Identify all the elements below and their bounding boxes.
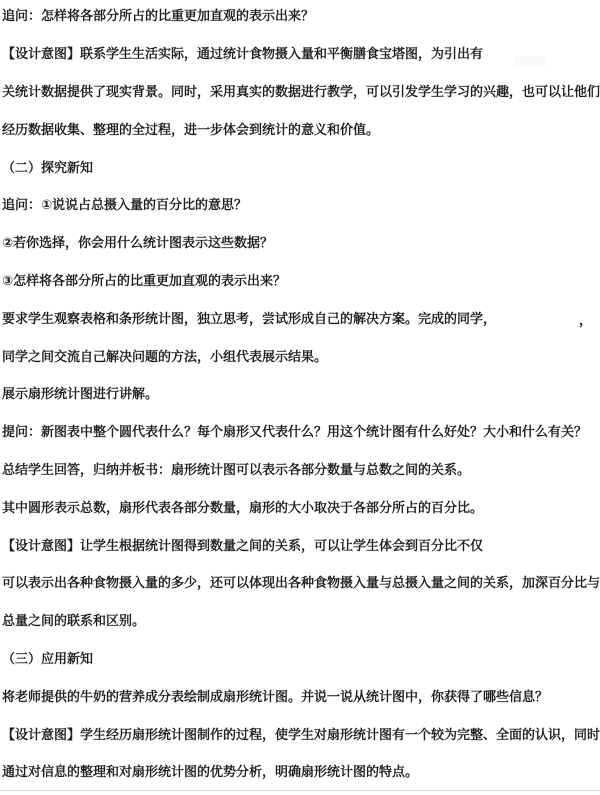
text-line: 要求学生观察表格和条形统计图，独立思考，尝试形成自己的解决方案。完成的同学，， — [0, 300, 600, 338]
text-line: 将老师提供的牛奶的营养成分表绘制成扇形统计图。并说一说从统计图中，你获得了哪些信… — [0, 678, 600, 716]
text-line: 展示扇形统计图进行讲解。 — [0, 376, 600, 414]
fill-in-blank-trailing-comma: ， — [579, 310, 592, 329]
text-line: 总量之间的联系和区别。 — [0, 603, 600, 641]
page-bottom-rule — [0, 790, 600, 791]
text-line-content: 【设计意图】让学生根据统计图得到数量之间的关系，可以让学生体会到百分比不仅 — [0, 540, 483, 553]
text-line-content: 经历数据收集、整理的全过程，进一步体会到统计的意义和价值。 — [0, 124, 379, 137]
document-body: 追问：怎样将各部分所占的比重更加直观的表示出来？【设计意图】联系学生生活实际，通… — [0, 0, 600, 792]
text-line-content: 要求学生观察表格和条形统计图，独立思考，尝试形成自己的解决方案。完成的同学， — [0, 313, 496, 326]
text-line: 【设计意图】让学生根据统计图得到数量之间的关系，可以让学生体会到百分比不仅 — [0, 527, 600, 565]
text-line-content: 其中圆形表示总数，扇形代表各部分数量，扇形的大小取决于各部分所占的百分比。 — [0, 502, 483, 515]
text-line: ③怎样将各部分所占的比重更加直观的表示出来？ — [0, 263, 600, 301]
text-line-content: 追问：①说说占总摄入量的百分比的意思？ — [0, 199, 247, 212]
text-line-content: 可以表示出各种食物摄入量的多少，还可以体现出各种食物摄入量与总摄入量之间的关系，… — [0, 577, 600, 590]
text-line-content: 总量之间的联系和区别。 — [0, 615, 145, 628]
text-line: ②若你选择，你会用什么统计图表示这些数据？ — [0, 225, 600, 263]
text-line-content: 【设计意图】学生经历扇形统计图制作的过程，使学生对扇形统计图有一个较为完整、全面… — [0, 729, 600, 742]
text-line-content: 通过对信息的整理和对扇形统计图的优势分析，明确扇形统计图的特点。 — [0, 766, 418, 779]
text-line: 通过对信息的整理和对扇形统计图的优势分析，明确扇形统计图的特点。 — [0, 754, 600, 792]
text-line: （二）探究新知 — [0, 149, 600, 187]
text-line-content: 将老师提供的牛奶的营养成分表绘制成扇形统计图。并说一说从统计图中，你获得了哪些信… — [0, 691, 548, 704]
text-line: 总结学生回答，归纳并板书：扇形统计图可以表示各部分数量与总数之间的关系。 — [0, 452, 600, 490]
text-line-content: （二）探究新知 — [0, 162, 93, 175]
text-line-content: 关统计数据提供了现实背景。同时，采用真实的数据进行教学，可以引发学生学习的兴趣，… — [0, 86, 600, 99]
text-line: 追问：怎样将各部分所占的比重更加直观的表示出来？ — [0, 0, 600, 36]
text-line: 同学之间交流自己解决问题的方法，小组代表展示结果。 — [0, 338, 600, 376]
text-line-content: （三）应用新知 — [0, 653, 93, 666]
text-line: 【设计意图】学生经历扇形统计图制作的过程，使学生对扇形统计图有一个较为完整、全面… — [0, 716, 600, 754]
text-line-content: 提问：新图表中整个圆代表什么？每个扇形又代表什么？用这个统计图有什么好处？大小和… — [0, 426, 587, 439]
text-line-content: 展示扇形统计图进行讲解。 — [0, 388, 158, 401]
text-line: 【设计意图】联系学生生活实际，通过统计食物摄入量和平衡膳食宝塔图，为引出有 — [0, 36, 600, 74]
text-line-content: 同学之间交流自己解决问题的方法，小组代表展示结果。 — [0, 351, 327, 364]
scan-artifact — [514, 56, 546, 66]
text-line: 其中圆形表示总数，扇形代表各部分数量，扇形的大小取决于各部分所占的百分比。 — [0, 489, 600, 527]
text-line-content: ③怎样将各部分所占的比重更加直观的表示出来？ — [0, 275, 286, 288]
text-line: 追问：①说说占总摄入量的百分比的意思？ — [0, 187, 600, 225]
text-line: 关统计数据提供了现实背景。同时，采用真实的数据进行教学，可以引发学生学习的兴趣，… — [0, 74, 600, 112]
text-line-content: 总结学生回答，归纳并板书：扇形统计图可以表示各部分数量与总数之间的关系。 — [0, 464, 470, 477]
text-line-content: 追问：怎样将各部分所占的比重更加直观的表示出来？ — [0, 10, 314, 23]
text-line-content: 【设计意图】联系学生生活实际，通过统计食物摄入量和平衡膳食宝塔图，为引出有 — [0, 48, 483, 61]
text-line: 可以表示出各种食物摄入量的多少，还可以体现出各种食物摄入量与总摄入量之间的关系，… — [0, 565, 600, 603]
text-line: （三）应用新知 — [0, 641, 600, 679]
text-line: 经历数据收集、整理的全过程，进一步体会到统计的意义和价值。 — [0, 111, 600, 149]
text-line: 提问：新图表中整个圆代表什么？每个扇形又代表什么？用这个统计图有什么好处？大小和… — [0, 414, 600, 452]
text-line-content: ②若你选择，你会用什么统计图表示这些数据？ — [0, 237, 273, 250]
